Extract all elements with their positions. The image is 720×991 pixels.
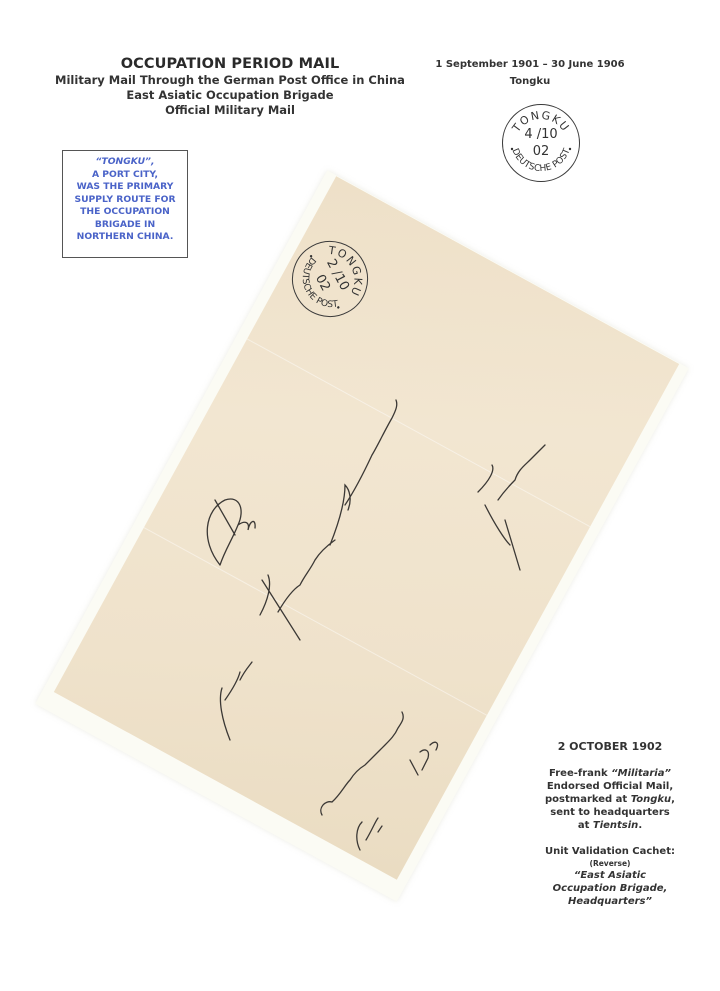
- caption-line: postmarked at Tongku,: [520, 793, 700, 806]
- cachet-note: (Reverse): [520, 858, 700, 869]
- cachet-line: Occupation Brigade,: [520, 882, 700, 895]
- cachet-line: “East Asiatic: [520, 869, 700, 882]
- cachet-title: Unit Validation Cachet:: [520, 845, 700, 858]
- caption-line: Free-frank “Militaria”: [520, 767, 700, 780]
- cachet-line: Headquarters”: [520, 895, 700, 908]
- caption-line: at Tientsin.: [520, 819, 700, 832]
- caption-line: Endorsed Official Mail,: [520, 780, 700, 793]
- description-caption: 2 OCTOBER 1902 Free-frank “Militaria” En…: [520, 740, 700, 908]
- cover-date: 2 OCTOBER 1902: [520, 740, 700, 754]
- caption-line: sent to headquarters: [520, 806, 700, 819]
